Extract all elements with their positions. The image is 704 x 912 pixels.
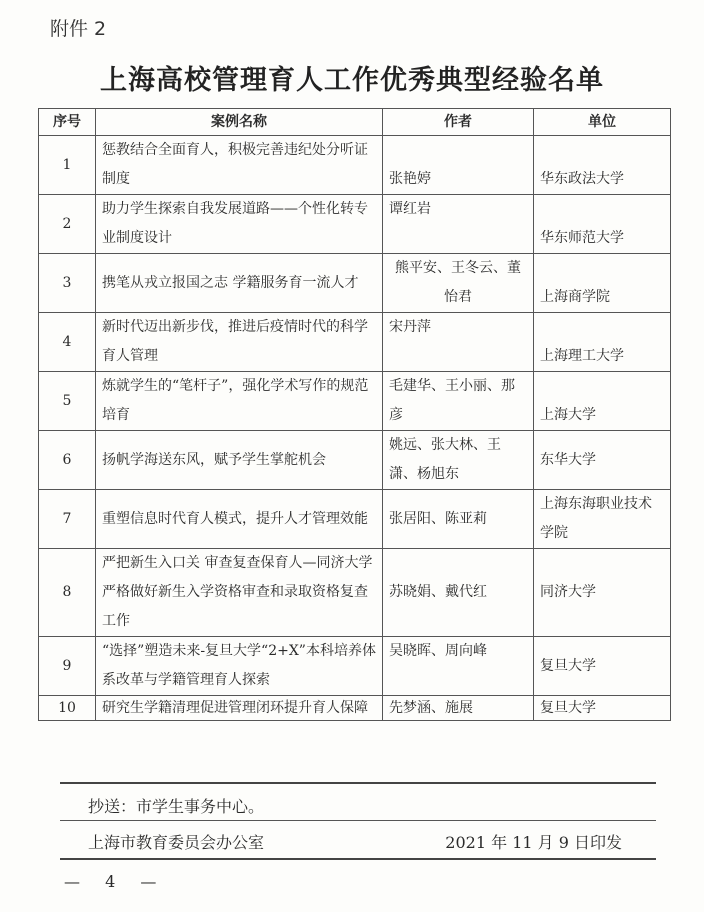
row-number: 6 xyxy=(39,431,96,490)
table-header-row: 序号 案例名称 作者 单位 xyxy=(39,109,671,136)
row-number: 3 xyxy=(39,254,96,313)
author: 张艳婷 xyxy=(383,136,534,195)
table-row: 6 扬帆学海送东风，赋予学生掌舵机会 姚远、张大林、王潇、杨旭东 东华大学 xyxy=(39,431,671,490)
column-header-author: 作者 xyxy=(383,109,534,136)
row-number: 9 xyxy=(39,637,96,696)
table-row: 9 “选择”塑造未来-复旦大学“2+X”本科培养体系改革与学籍管理育人探索 吴晓… xyxy=(39,637,671,696)
row-number: 5 xyxy=(39,372,96,431)
unit: 上海商学院 xyxy=(534,254,671,313)
row-number: 8 xyxy=(39,549,96,637)
author: 谭红岩 xyxy=(383,195,534,254)
case-name: 惩教结合全面育人，积极完善违纪处分听证制度 xyxy=(96,136,383,195)
unit: 上海理工大学 xyxy=(534,313,671,372)
author: 苏晓娟、戴代红 xyxy=(383,549,534,637)
row-number: 10 xyxy=(39,696,96,721)
unit: 上海大学 xyxy=(534,372,671,431)
unit: 华东师范大学 xyxy=(534,195,671,254)
case-name: 新时代迈出新步伐，推进后疫情时代的科学育人管理 xyxy=(96,313,383,372)
author: 熊平安、王冬云、董怡君 xyxy=(383,254,534,313)
case-name: 重塑信息时代育人模式，提升人才管理效能 xyxy=(96,490,383,549)
author: 先梦涵、施展 xyxy=(383,696,534,721)
case-name: 炼就学生的“笔杆子”，强化学术写作的规范培育 xyxy=(96,372,383,431)
table-row: 5 炼就学生的“笔杆子”，强化学术写作的规范培育 毛建华、王小丽、那彦 上海大学 xyxy=(39,372,671,431)
author: 宋丹萍 xyxy=(383,313,534,372)
document-title: 上海高校管理育人工作优秀典型经验名单 xyxy=(0,58,704,97)
issue-date: 2021 年 11 月 9 日印发 xyxy=(445,830,622,853)
cc-line: 抄送：市学生事务中心。 xyxy=(88,794,264,817)
unit: 复旦大学 xyxy=(534,637,671,696)
case-name: 研究生学籍清理促进管理闭环提升育人保障 xyxy=(96,696,383,721)
table-row: 10 研究生学籍清理促进管理闭环提升育人保障 先梦涵、施展 复旦大学 xyxy=(39,696,671,721)
unit: 东华大学 xyxy=(534,431,671,490)
footer-bottom-rule xyxy=(60,858,656,860)
attachment-label: 附件 2 xyxy=(50,14,106,41)
unit: 华东政法大学 xyxy=(534,136,671,195)
issuing-office: 上海市教育委员会办公室 xyxy=(88,830,264,853)
unit: 复旦大学 xyxy=(534,696,671,721)
case-name: “选择”塑造未来-复旦大学“2+X”本科培养体系改革与学籍管理育人探索 xyxy=(96,637,383,696)
column-header-number: 序号 xyxy=(39,109,96,136)
table-row: 3 携笔从戎立报国之志 学籍服务育一流人才 熊平安、王冬云、董怡君 上海商学院 xyxy=(39,254,671,313)
row-number: 1 xyxy=(39,136,96,195)
table-row: 7 重塑信息时代育人模式，提升人才管理效能 张居阳、陈亚莉 上海东海职业技术学院 xyxy=(39,490,671,549)
footer-middle-rule xyxy=(60,820,656,821)
author: 毛建华、王小丽、那彦 xyxy=(383,372,534,431)
row-number: 4 xyxy=(39,313,96,372)
author: 姚远、张大林、王潇、杨旭东 xyxy=(383,431,534,490)
column-header-unit: 单位 xyxy=(534,109,671,136)
case-name: 携笔从戎立报国之志 学籍服务育一流人才 xyxy=(96,254,383,313)
unit: 上海东海职业技术学院 xyxy=(534,490,671,549)
table-row: 8 严把新生入口关 审查复查保育人—同济大学严格做好新生入学资格审查和录取资格复… xyxy=(39,549,671,637)
unit: 同济大学 xyxy=(534,549,671,637)
case-name: 严把新生入口关 审查复查保育人—同济大学严格做好新生入学资格审查和录取资格复查工… xyxy=(96,549,383,637)
footer-top-rule xyxy=(60,782,656,784)
table-row: 4 新时代迈出新步伐，推进后疫情时代的科学育人管理 宋丹萍 上海理工大学 xyxy=(39,313,671,372)
author: 吴晓晖、周向峰 xyxy=(383,637,534,696)
award-list-table: 序号 案例名称 作者 单位 1 惩教结合全面育人，积极完善违纪处分听证制度 张艳… xyxy=(38,108,671,721)
row-number: 7 xyxy=(39,490,96,549)
case-name: 助力学生探索自我发展道路——个性化转专业制度设计 xyxy=(96,195,383,254)
author: 张居阳、陈亚莉 xyxy=(383,490,534,549)
page-number: — 4 — xyxy=(64,872,166,891)
row-number: 2 xyxy=(39,195,96,254)
case-name: 扬帆学海送东风，赋予学生掌舵机会 xyxy=(96,431,383,490)
column-header-case-name: 案例名称 xyxy=(96,109,383,136)
table-row: 1 惩教结合全面育人，积极完善违纪处分听证制度 张艳婷 华东政法大学 xyxy=(39,136,671,195)
table-row: 2 助力学生探索自我发展道路——个性化转专业制度设计 谭红岩 华东师范大学 xyxy=(39,195,671,254)
